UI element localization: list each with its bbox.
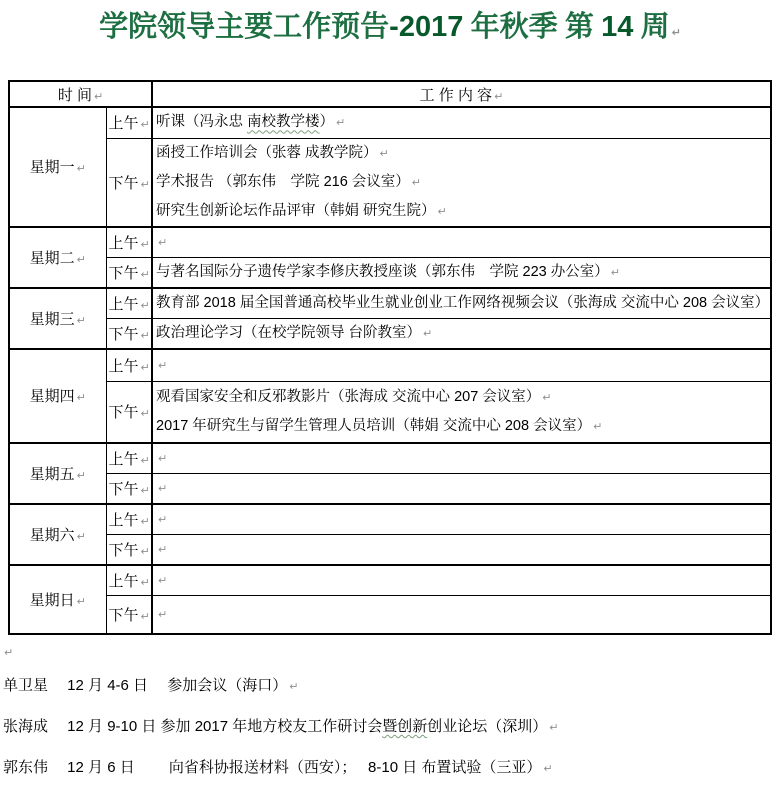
empty-content-line: ↵ [156,505,770,534]
day-cell-monday: 星期一↵ [9,107,106,227]
note-line-zhang-haicheng: 张海成 12 月 9-10 日 参加 2017 年地方校友工作研讨会暨创新创业论… [3,717,780,737]
paragraph-mark: ↵ [77,391,86,404]
row-friday-pm: 下午↵ ↵ [9,473,771,504]
row-tuesday-pm: 下午↵ 与著名国际分子遗传学家李修庆教授座谈（郭东伟 学院 223 办公室）↵ [9,257,771,288]
content-cell: ↵ [152,443,771,474]
day-label: 星期日 [30,592,75,609]
note-line-guo-dongwei: 郭东伟 12 月 6 日 向省科协报送材料（西安）； 8-10 日 布置试验（三… [3,758,780,778]
paragraph-mark: ↵ [141,329,150,342]
content-text: 2017 年研究生与留学生管理人员培训（韩娟 交流中心 208 会议室） [156,418,591,434]
content-line: 研究生创新论坛作品评审（韩娟 研究生院）↵ [156,197,770,226]
page-title: 学院领导主要工作预告-2017 年秋季 第 14 周↵ [0,6,780,54]
note-text: 创业论坛（深圳） [427,718,547,735]
content-line: 观看国家安全和反邪教影片（张海成 交流中心 207 会议室）↵ [156,383,770,412]
am-cell: 上午↵ [106,288,152,319]
am-cell: 上午↵ [106,504,152,535]
content-text: 函授工作培训会（张蓉 成教学院） [156,145,378,161]
paragraph-mark: ↵ [412,176,421,189]
grammar-squiggle-text: 南校教学楼 [247,114,320,130]
grammar-squiggle-text: 暨创新 [382,718,427,735]
paragraph-mark: ↵ [141,118,150,131]
paragraph-mark: ↵ [611,266,620,279]
am-label: 上午 [109,235,139,252]
paragraph-mark: ↵ [289,680,298,693]
paragraph-mark: ↵ [543,762,552,775]
notes-section: 单卫星 12 月 4-6 日 参加会议（海口）↵ 张海成 12 月 9-10 日… [0,676,780,778]
content-cell: 函授工作培训会（张蓉 成教学院）↵ 学术报告 （郭东伟 学院 216 会议室）↵… [152,138,771,227]
am-cell: 上午↵ [106,349,152,382]
paragraph-mark: ↵ [141,299,150,312]
am-label: 上午 [109,358,139,375]
day-cell-tuesday: 星期二↵ [9,227,106,288]
content-text: 观看国家安全和反邪教影片（张海成 交流中心 207 会议室） [156,389,540,405]
pm-label: 下午 [109,265,139,282]
am-label: 上午 [109,451,139,468]
day-label: 星期五 [30,466,75,483]
paragraph-mark: ↵ [158,359,167,372]
row-saturday-am: 星期六↵ 上午↵ ↵ [9,504,771,535]
am-label: 上午 [109,512,139,529]
content-cell: ↵ [152,349,771,382]
day-label: 星期六 [30,527,75,544]
note-text: 张海成 12 月 9-10 日 参加 2017 年地方校友工作研讨会 [3,718,382,735]
pm-cell: 下午↵ [106,595,152,634]
row-thursday-pm: 下午↵ 观看国家安全和反邪教影片（张海成 交流中心 207 会议室）↵ 2017… [9,382,771,443]
paragraph-mark: ↵ [423,327,432,340]
content-text: 与著名国际分子遗传学家李修庆教授座谈（郭东伟 学院 223 办公室） [156,264,609,280]
paragraph-mark: ↵ [494,90,503,103]
empty-paragraph: ↵ [2,644,780,660]
pm-cell: 下午↵ [106,473,152,504]
content-cell: ↵ [152,565,771,596]
content-text: 学术报告 （郭东伟 学院 216 会议室） [156,174,410,190]
content-cell: 与著名国际分子遗传学家李修庆教授座谈（郭东伟 学院 223 办公室）↵ [152,257,771,288]
content-text: 听课（冯永忠 [156,114,247,130]
row-sunday-am: 星期日↵ 上午↵ ↵ [9,565,771,596]
table-header-row: 时 间↵ 工 作 内 容↵ [9,81,771,107]
content-cell: 听课（冯永忠 南校教学楼）↵ [152,107,771,138]
day-cell-wednesday: 星期三↵ [9,288,106,349]
header-content-cell: 工 作 内 容↵ [152,81,771,107]
paragraph-mark: ↵ [141,515,150,528]
pm-cell: 下午↵ [106,534,152,565]
title-text-week: 周 [633,11,669,43]
header-time-cell: 时 间↵ [9,81,152,107]
empty-content-line: ↵ [156,444,770,473]
am-label: 上午 [109,296,139,313]
paragraph-mark: ↵ [380,147,389,160]
header-content-label: 工 作 内 容 [420,87,493,104]
paragraph-mark: ↵ [141,454,150,467]
paragraph-mark: ↵ [141,610,150,623]
paragraph-mark: ↵ [77,595,86,608]
paragraph-mark: ↵ [94,90,103,103]
am-cell: 上午↵ [106,443,152,474]
content-cell: 教育部 2018 届全国普通高校毕业生就业创业工作网络视频会议（张海成 交流中心… [152,288,771,319]
paragraph-mark: ↵ [438,205,447,218]
paragraph-mark: ↵ [158,452,167,465]
content-text: 研究生创新论坛作品评审（韩娟 研究生院） [156,203,436,219]
row-wednesday-pm: 下午↵ 政治理论学习（在校学院领导 台阶教室）↵ [9,318,771,349]
paragraph-mark: ↵ [336,116,345,129]
title-year: -2017 [389,11,463,43]
content-line: 函授工作培训会（张蓉 成教学院）↵ [156,139,770,168]
content-cell: ↵ [152,534,771,565]
day-label: 星期二 [30,250,75,267]
note-text: 单卫星 12 月 4-6 日 参加会议（海口） [3,677,287,694]
content-text: ） [320,114,335,130]
day-cell-friday: 星期五↵ [9,443,106,504]
content-cell: ↵ [152,504,771,535]
paragraph-mark: ↵ [141,361,150,374]
paragraph-mark: ↵ [593,420,602,433]
title-week-number: 14 [601,11,633,43]
paragraph-mark: ↵ [141,484,150,497]
content-cell: ↵ [152,595,771,634]
pm-label: 下午 [109,542,139,559]
paragraph-mark: ↵ [141,268,150,281]
content-cell: ↵ [152,227,771,258]
empty-content-line: ↵ [156,474,770,503]
empty-content-line: ↵ [156,535,770,564]
paragraph-mark: ↵ [158,574,167,587]
day-cell-thursday: 星期四↵ [9,349,106,443]
paragraph-mark: ↵ [77,530,86,543]
content-line: 与著名国际分子遗传学家李修庆教授座谈（郭东伟 学院 223 办公室）↵ [156,258,770,287]
paragraph-mark: ↵ [158,482,167,495]
note-text: 郭东伟 12 月 6 日 向省科协报送材料（西安）； 8-10 日 布置试验（三… [3,759,541,776]
empty-content-line: ↵ [156,228,770,257]
am-cell: 上午↵ [106,227,152,258]
am-cell: 上午↵ [106,565,152,596]
paragraph-mark: ↵ [158,513,167,526]
paragraph-mark: ↵ [141,545,150,558]
content-line: 政治理论学习（在校学院领导 台阶教室）↵ [156,319,770,348]
pm-label: 下午 [109,175,139,192]
pm-label: 下午 [109,404,139,421]
row-sunday-pm: 下午↵ ↵ [9,595,771,634]
row-thursday-am: 星期四↵ 上午↵ ↵ [9,349,771,382]
content-line: 教育部 2018 届全国普通高校毕业生就业创业工作网络视频会议（张海成 交流中心… [156,289,770,318]
paragraph-mark: ↵ [141,238,150,251]
header-time-label: 时 间 [58,87,92,104]
row-saturday-pm: 下午↵ ↵ [9,534,771,565]
title-text-season: 年秋季 第 [463,11,601,43]
paragraph-mark: ↵ [141,576,150,589]
paragraph-mark: ↵ [158,543,167,556]
title-text-cjk: 学院领导主要工作预告 [99,11,389,43]
am-label: 上午 [109,115,139,132]
content-cell: 政治理论学习（在校学院领导 台阶教室）↵ [152,318,771,349]
pm-cell: 下午↵ [106,138,152,227]
content-cell: ↵ [152,473,771,504]
paragraph-mark: ↵ [549,721,558,734]
pm-label: 下午 [109,607,139,624]
paragraph-mark: ↵ [141,178,150,191]
paragraph-mark: ↵ [542,391,551,404]
row-tuesday-am: 星期二↵ 上午↵ ↵ [9,227,771,258]
pm-label: 下午 [109,326,139,343]
row-monday-am: 星期一↵ 上午↵ 听课（冯永忠 南校教学楼）↵ [9,107,771,138]
day-label: 星期三 [30,311,75,328]
content-text: 政治理论学习（在校学院领导 台阶教室） [156,325,421,341]
empty-content-line: ↵ [156,566,770,595]
content-line: 听课（冯永忠 南校教学楼）↵ [156,108,770,137]
row-wednesday-am: 星期三↵ 上午↵ 教育部 2018 届全国普通高校毕业生就业创业工作网络视频会议… [9,288,771,319]
day-cell-saturday: 星期六↵ [9,504,106,565]
content-cell: 观看国家安全和反邪教影片（张海成 交流中心 207 会议室）↵ 2017 年研究… [152,382,771,443]
paragraph-mark: ↵ [158,236,167,249]
day-label: 星期四 [30,388,75,405]
pm-cell: 下午↵ [106,382,152,443]
paragraph-mark: ↵ [672,26,681,39]
paragraph-mark: ↵ [4,646,13,659]
day-cell-sunday: 星期日↵ [9,565,106,635]
paragraph-mark: ↵ [77,162,86,175]
pm-cell: 下午↵ [106,257,152,288]
note-line-shan-weixing: 单卫星 12 月 4-6 日 参加会议（海口）↵ [3,676,780,696]
pm-cell: 下午↵ [106,318,152,349]
pm-label: 下午 [109,481,139,498]
row-friday-am: 星期五↵ 上午↵ ↵ [9,443,771,474]
paragraph-mark: ↵ [141,407,150,420]
paragraph-mark: ↵ [158,608,167,621]
paragraph-mark: ↵ [77,469,86,482]
content-line: 2017 年研究生与留学生管理人员培训（韩娟 交流中心 208 会议室）↵ [156,412,770,441]
empty-content-line: ↵ [156,351,770,380]
empty-content-line: ↵ [156,600,770,629]
content-line: 学术报告 （郭东伟 学院 216 会议室）↵ [156,168,770,197]
paragraph-mark: ↵ [77,253,86,266]
am-cell: 上午↵ [106,107,152,138]
row-monday-pm: 下午↵ 函授工作培训会（张蓉 成教学院）↵ 学术报告 （郭东伟 学院 216 会… [9,138,771,227]
day-label: 星期一 [30,159,75,176]
content-text: 教育部 2018 届全国普通高校毕业生就业创业工作网络视频会议（张海成 交流中心… [156,295,769,311]
am-label: 上午 [109,573,139,590]
paragraph-mark: ↵ [77,314,86,327]
schedule-table: 时 间↵ 工 作 内 容↵ 星期一↵ 上午↵ 听课（冯永忠 南校教学楼）↵ 下午… [8,80,772,635]
